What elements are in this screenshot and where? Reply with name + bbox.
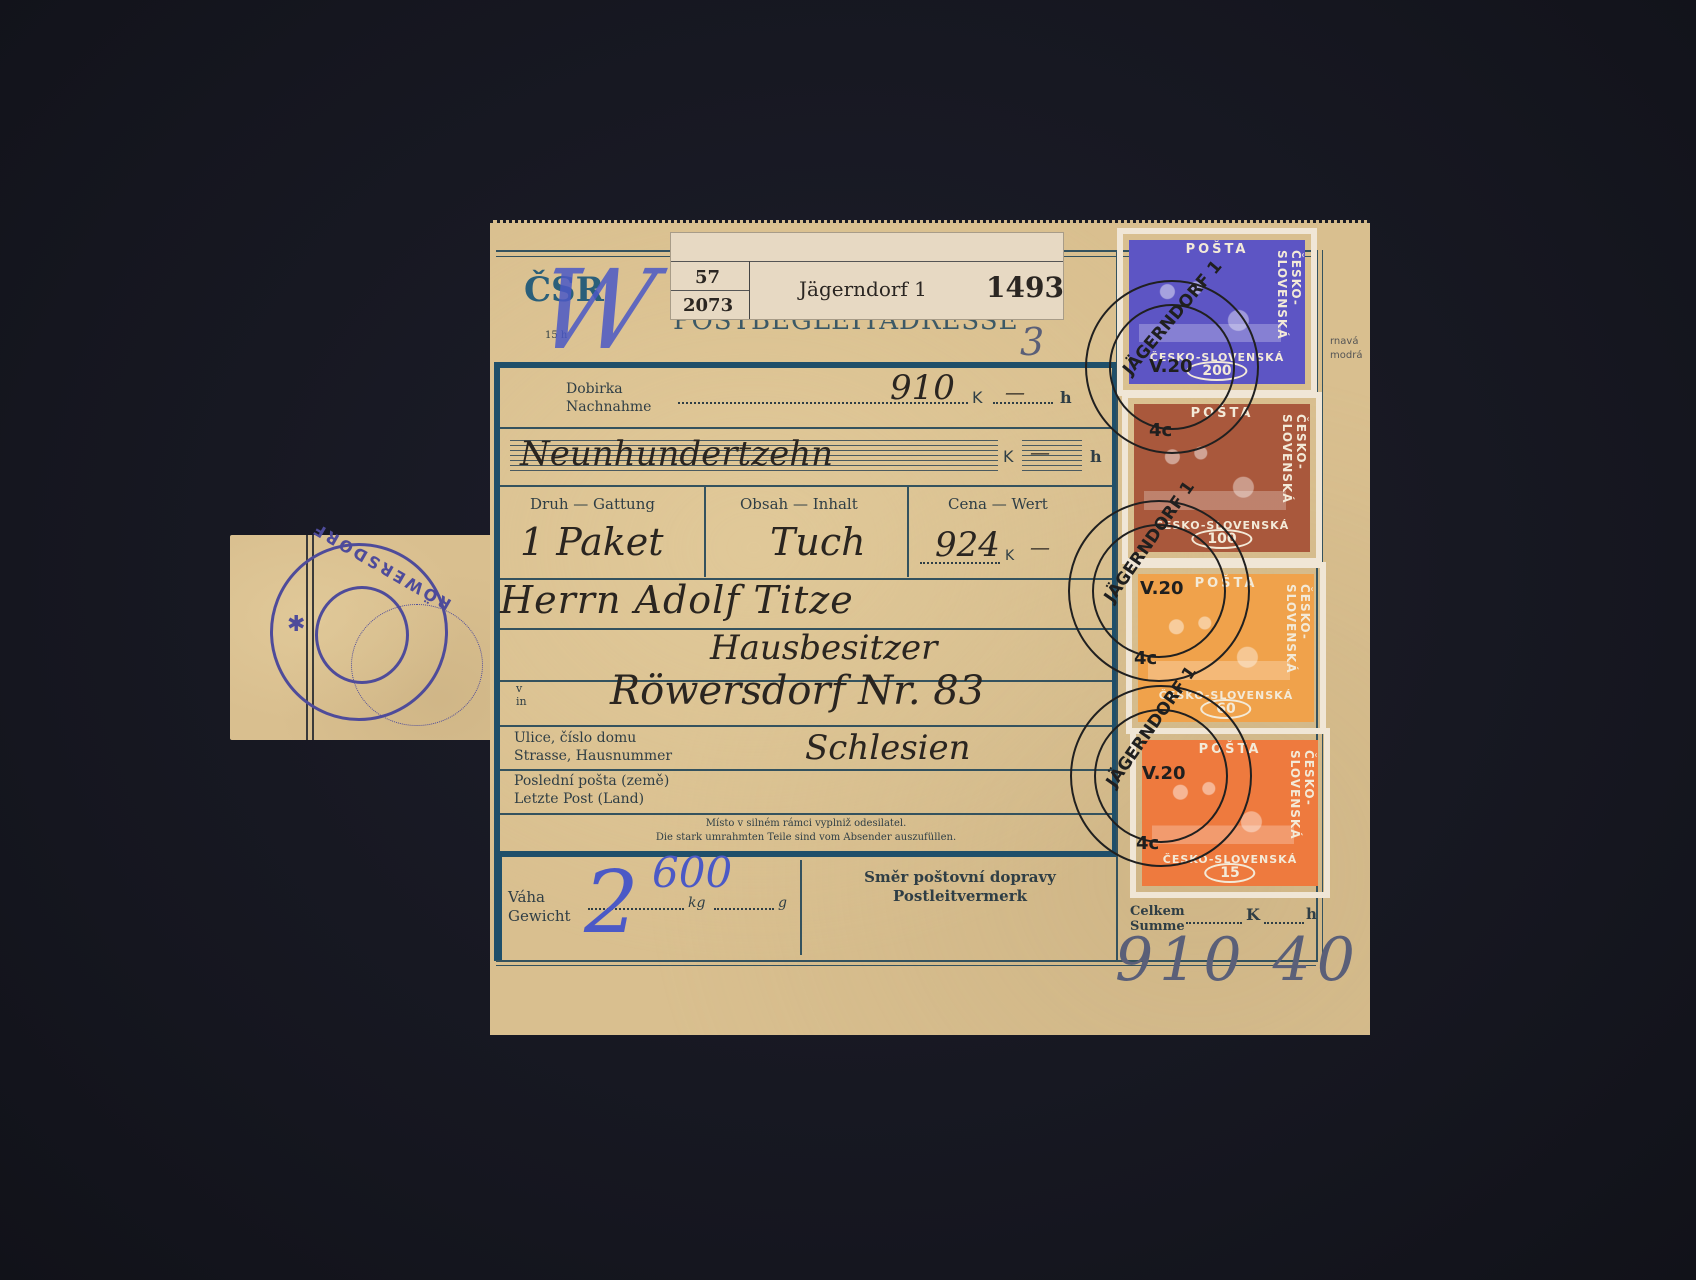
receipt-coupon: ✱ RÖWERSDORF (230, 535, 492, 740)
rowersdorf-postmark: ✱ RÖWERSDORF (270, 543, 448, 721)
star-icon: ✱ (287, 612, 305, 637)
street-label: Ulice, číslo domu Strasse, Hausnummer (514, 729, 672, 765)
pencil-mark: 3 (1020, 320, 1044, 364)
label-bottom-number: 2073 (683, 295, 733, 316)
recipient-name: Herrn Adolf Titze (500, 578, 854, 622)
item-content: Tuch (770, 520, 866, 564)
recipient-region: Schlesien (805, 728, 971, 768)
label-parcel-number: 1493 (986, 271, 1064, 304)
total-handwritten: 910 40 (1115, 930, 1361, 990)
jaegerndorf-postmark: JÄGERNDORF 1 V.20 4c (1068, 500, 1250, 682)
weight-kg: 2 (584, 860, 639, 946)
weight-label: Váha Gewicht (508, 888, 571, 926)
recipient-town: Röwersdorf Nr. 83 (610, 668, 984, 714)
blue-w-mark: W (530, 255, 662, 365)
jaegerndorf-postmark: JÄGERNDORF 1 V.20 4c (1085, 280, 1259, 454)
routing-label: Směr poštovní dopravy Postleitvermerk (830, 868, 1090, 906)
weight-g: 600 (652, 852, 732, 894)
last-post-label: Poslední pošta (země) Letzte Post (Land) (514, 772, 669, 808)
sender-notice: Místo v silném rámci vyplniž odesilatel.… (500, 817, 1112, 845)
registration-label: 57 2073 Jägerndorf 1 1493 (670, 232, 1064, 320)
in-label: v in (516, 682, 527, 708)
jaegerndorf-postmark: JÄGERNDORF 1 V.20 4c (1070, 685, 1252, 867)
label-top-number: 57 (695, 267, 720, 288)
recipient-occupation: Hausbesitzer (710, 628, 937, 668)
cod-label: Dobirka Nachnahme (566, 380, 651, 416)
item-value: 924 (935, 525, 1000, 565)
label-office: Jägerndorf 1 (799, 277, 927, 301)
side-printed-text: rnavá modrá (1330, 335, 1362, 363)
cod-amount-words: Neunhundertzehn (520, 434, 833, 474)
item-kind: 1 Paket (520, 520, 664, 564)
stamp-value: 15 (1204, 863, 1255, 883)
cod-amount: 910 (890, 368, 955, 408)
